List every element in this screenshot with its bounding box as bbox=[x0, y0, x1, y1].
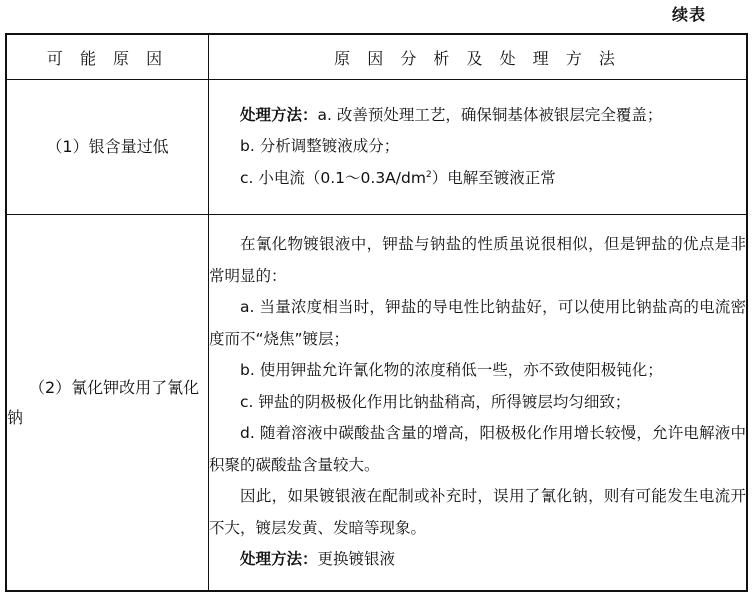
analysis-paragraph: c. 小电流（0.1～0.3A/dm2）电解至镀液正常 bbox=[209, 163, 746, 195]
header-analysis-method: 原 因 分 析 及 处 理 方 法 bbox=[209, 34, 748, 80]
method-label: 处理方法： bbox=[240, 106, 318, 124]
paragraph-text: a. 当量浓度相当时，钾盐的导电性比钠盐好，可以使用比钠盐高的电流密度而不“烧焦… bbox=[209, 298, 746, 348]
analysis-cell: 处理方法：a. 改善预处理工艺，确保铜基体被银层完全覆盖； b. 分析调整镀液成… bbox=[209, 80, 748, 215]
paragraph-text: c. 钾盐的阴极极化作用比钠盐稍高，所得镀层均匀细致； bbox=[240, 393, 630, 411]
header-possible-cause: 可 能 原 因 bbox=[6, 34, 209, 80]
paragraph-text-tail: ）电解至镀液正常 bbox=[432, 169, 556, 187]
paragraph-text: d. 随着溶液中碳酸盐含量的增高，阳极极化作用增长较慢，允许电解液中积聚的碳酸盐… bbox=[209, 424, 746, 474]
paragraph-text: a. 改善预处理工艺，确保铜基体被银层完全覆盖； bbox=[318, 106, 663, 124]
table-row: （2）氰化钾改用了氰化钠 在氰化物镀银液中，钾盐与钠盐的性质虽说很相似，但是钾盐… bbox=[6, 215, 747, 592]
paragraph-text: c. 小电流（0.1～0.3A/dm bbox=[240, 169, 426, 187]
analysis-paragraph: a. 当量浓度相当时，钾盐的导电性比钠盐好，可以使用比钠盐高的电流密度而不“烧焦… bbox=[209, 292, 746, 355]
analysis-paragraph: 在氰化物镀银液中，钾盐与钠盐的性质虽说很相似，但是钾盐的优点是非常明显的： bbox=[209, 229, 746, 292]
method-label: 处理方法： bbox=[240, 550, 318, 568]
paragraph-text: 因此，如果镀银液在配制或补充时，误用了氰化钠，则有可能发生电流开不大，镀层发黄、… bbox=[209, 487, 746, 537]
analysis-cell: 在氰化物镀银液中，钾盐与钠盐的性质虽说很相似，但是钾盐的优点是非常明显的： a.… bbox=[209, 215, 748, 592]
paragraph-text: b. 分析调整镀液成分； bbox=[240, 137, 399, 155]
table-header-row: 可 能 原 因 原 因 分 析 及 处 理 方 法 bbox=[6, 34, 747, 80]
table-row: （1）银含量过低 处理方法：a. 改善预处理工艺，确保铜基体被银层完全覆盖； b… bbox=[6, 80, 747, 215]
cause-cell: （2）氰化钾改用了氰化钠 bbox=[6, 215, 209, 592]
analysis-paragraph: b. 分析调整镀液成分； bbox=[209, 131, 746, 163]
analysis-paragraph: b. 使用钾盐允许氰化物的浓度稍低一些，亦不致使阳极钝化； bbox=[209, 355, 746, 387]
analysis-paragraph: 处理方法：更换镀银液 bbox=[209, 544, 746, 576]
analysis-paragraph: 因此，如果镀银液在配制或补充时，误用了氰化钠，则有可能发生电流开不大，镀层发黄、… bbox=[209, 481, 746, 544]
analysis-paragraph: 处理方法：a. 改善预处理工艺，确保铜基体被银层完全覆盖； bbox=[209, 100, 746, 132]
paragraph-text: 更换镀银液 bbox=[318, 550, 396, 568]
table-caption: 续表 bbox=[672, 2, 706, 25]
paragraph-text: 在氰化物镀银液中，钾盐与钠盐的性质虽说很相似，但是钾盐的优点是非常明显的： bbox=[209, 235, 746, 285]
cause-cell: （1）银含量过低 bbox=[6, 80, 209, 215]
paragraph-text: b. 使用钾盐允许氰化物的浓度稍低一些，亦不致使阳极钝化； bbox=[240, 361, 663, 379]
analysis-paragraph: d. 随着溶液中碳酸盐含量的增高，阳极极化作用增长较慢，允许电解液中积聚的碳酸盐… bbox=[209, 418, 746, 481]
analysis-paragraph: c. 钾盐的阴极极化作用比钠盐稍高，所得镀层均匀细致； bbox=[209, 387, 746, 419]
troubleshooting-table: 可 能 原 因 原 因 分 析 及 处 理 方 法 （1）银含量过低 处理方法：… bbox=[5, 33, 748, 592]
